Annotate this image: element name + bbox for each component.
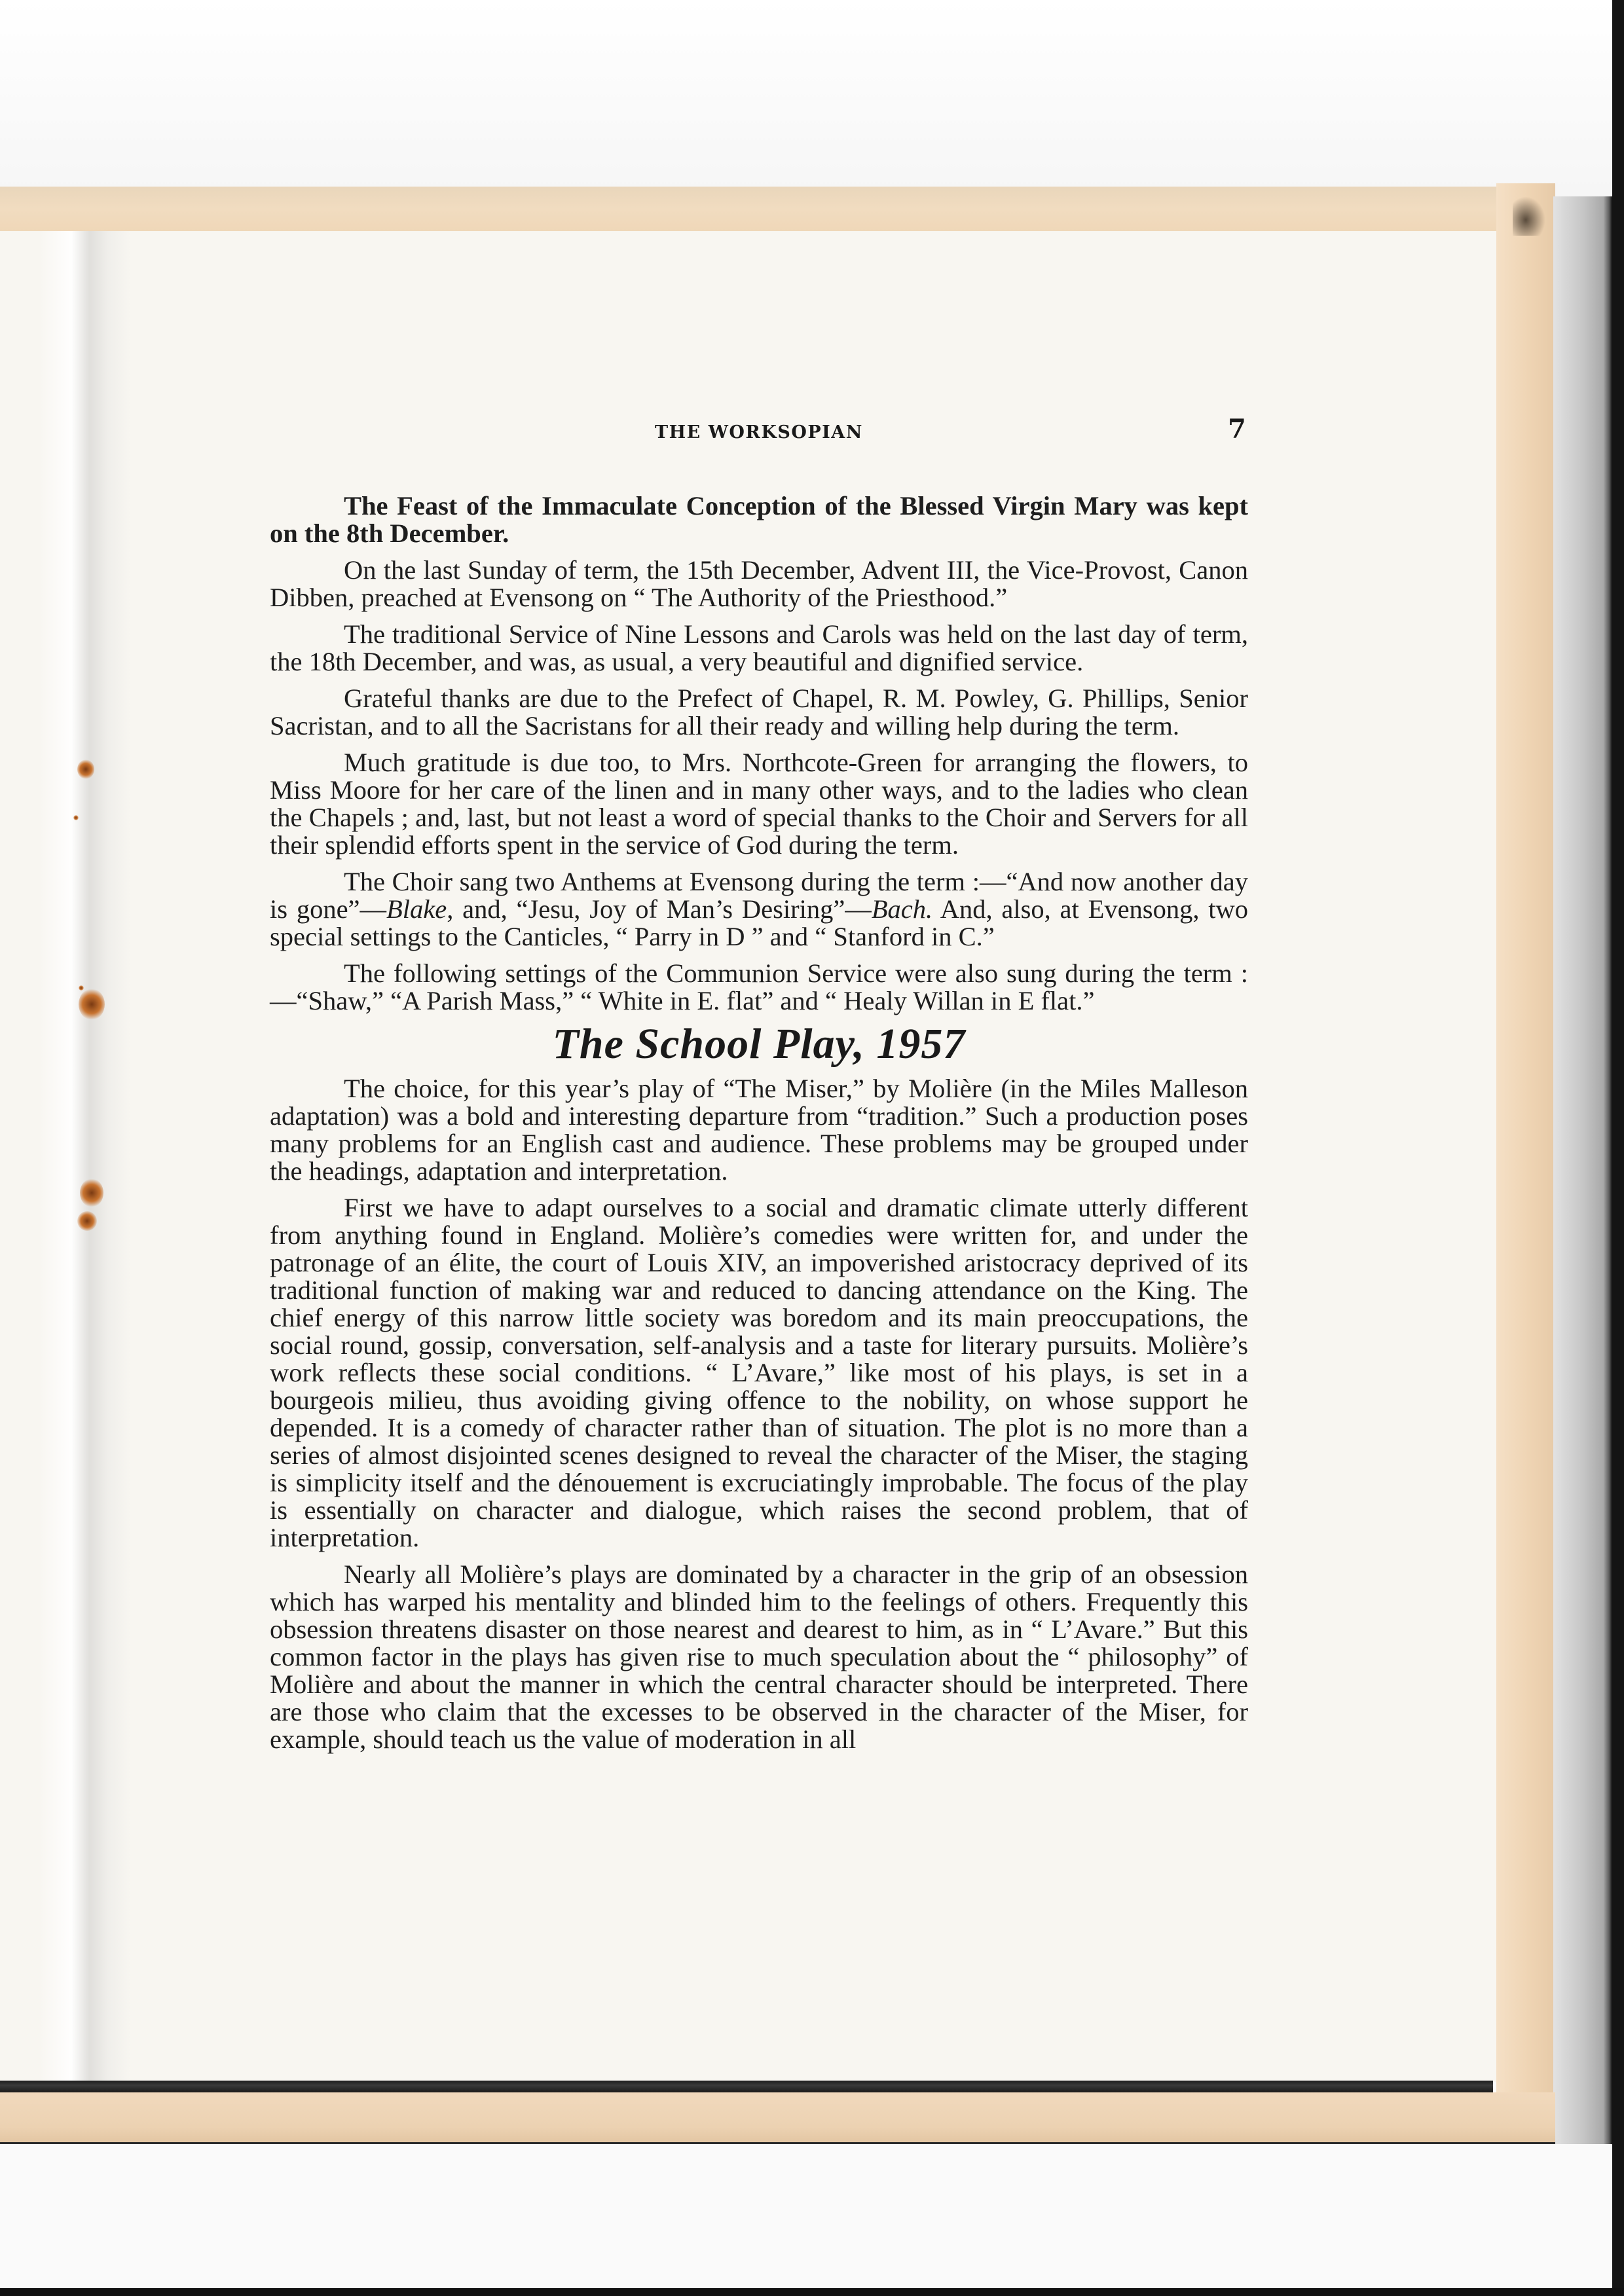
paragraph-interpretation: Nearly all Molière’s plays are dominated… <box>270 1561 1248 1753</box>
rust-stain <box>77 759 94 779</box>
paragraph-grateful-thanks: Grateful thanks are due to the Prefect o… <box>270 685 1248 740</box>
book-cover-right-edge <box>1496 183 1555 2144</box>
paragraph-last-sunday: On the last Sunday of term, the 15th Dec… <box>270 556 1248 611</box>
rust-stain <box>79 989 105 1020</box>
rust-stain <box>73 815 79 820</box>
rust-stain <box>80 1178 103 1207</box>
paragraph-much-gratitude: Much gratitude is due too, to Mrs. North… <box>270 749 1248 859</box>
paragraph-anthems: The Choir sang two Anthems at Evensong d… <box>270 868 1248 951</box>
scanner-edge-bottom <box>0 2288 1624 2296</box>
scanner-edge-right <box>1612 0 1624 2296</box>
composer-bach: Bach. <box>872 894 932 924</box>
page-number: 7 <box>1228 414 1246 445</box>
page-gutter-fold <box>39 229 131 2082</box>
book-cover-bottom-edge <box>0 2092 1555 2144</box>
paragraph-immaculate-conception: The Feast of the Immaculate Conception o… <box>270 492 1248 547</box>
paragraph-choice-of-play: The choice, for this year’s play of “The… <box>270 1075 1248 1185</box>
page-block-bottom-edge <box>0 2081 1493 2092</box>
rust-stain <box>79 985 84 991</box>
paragraph-nine-lessons: The traditional Service of Nine Lessons … <box>270 621 1248 676</box>
running-title: THE WORKSOPIAN <box>655 422 863 443</box>
composer-blake: Blake <box>386 894 447 924</box>
anthems-text-2: , and, “Jesu, Joy of Man’s Desiring”— <box>447 894 872 924</box>
section-heading-school-play: The School Play, 1957 <box>270 1030 1248 1058</box>
rust-stain <box>77 1211 97 1231</box>
paragraph-communion-settings: The following settings of the Communion … <box>270 960 1248 1015</box>
scan-background-bottom <box>0 2144 1612 2288</box>
paragraph-adaptation: First we have to adapt ourselves to a so… <box>270 1194 1248 1552</box>
scan-background-top <box>0 0 1624 196</box>
scan-shadow-right <box>1553 196 1612 2291</box>
book-cover-top-edge <box>0 187 1506 231</box>
page-body: The Feast of the Immaculate Conception o… <box>270 492 1248 1762</box>
cover-corner-wear <box>1513 196 1545 236</box>
